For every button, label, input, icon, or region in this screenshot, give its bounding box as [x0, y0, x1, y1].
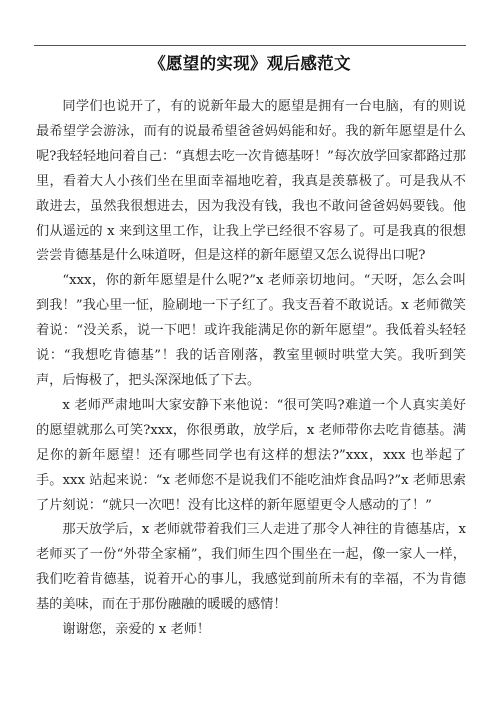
- document-title: 《愿望的实现》观后感范文: [0, 50, 500, 74]
- document-body: 同学们也说开了，有的说新年最大的愿望是拥有一台电脑，有的则说最希望学会游泳，而有…: [36, 95, 466, 643]
- paragraph-2: “xxx，你的新年愿望是什么呢?”x 老师亲切地问。“天呀，怎么会叫到我！”我心…: [36, 269, 466, 394]
- paragraph-1: 同学们也说开了，有的说新年最大的愿望是拥有一台电脑，有的则说最希望学会游泳，而有…: [36, 95, 466, 269]
- header-divider: [34, 45, 466, 46]
- paragraph-4: 那天放学后，x 老师就带着我们三人走进了那令人神往的肯德基店，x 老师买了一份“…: [36, 518, 466, 618]
- paragraph-5: 谢谢您，亲爱的 x 老师！: [36, 618, 466, 643]
- paragraph-3: x 老师严肃地叫大家安静下来他说：“很可笑吗?难道一个人真实美好的愿望就那么可笑…: [36, 394, 466, 519]
